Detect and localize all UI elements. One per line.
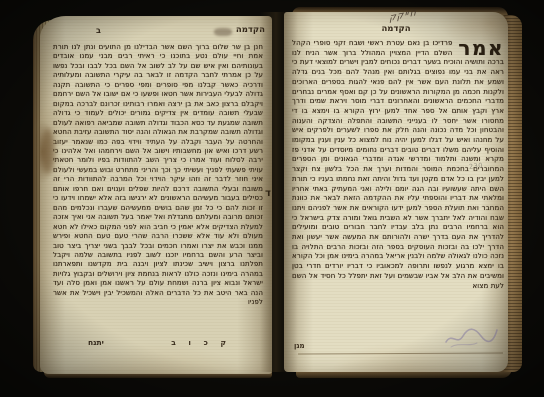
left-folio-letter: ב bbox=[96, 26, 101, 35]
left-page-text-block: חנן בן שר שלום ברוך השם אשר הבדילנו מן ה… bbox=[53, 43, 263, 336]
left-page-header: הקדמה ב bbox=[40, 25, 272, 39]
right-page: הקדמה אמרפרדיכו בן נאם עטרת ראשי ושבח זק… bbox=[284, 12, 508, 372]
left-page: הקדמה ב חנן בן שר שלום ברוך השם אשר הבדי… bbox=[40, 16, 272, 374]
right-running-title: הקדמה bbox=[284, 24, 508, 34]
pencil-shelfmark-number: 230 bbox=[469, 161, 484, 170]
photo-background: הקדמה ב חנן בן שר שלום ברוך השם אשר הבדי… bbox=[0, 0, 544, 397]
gutter-margin-letter: ד bbox=[265, 188, 271, 199]
ink-offset-smudge bbox=[214, 28, 232, 36]
left-page-foot-row: ק כ ו ב יתנח bbox=[88, 338, 226, 347]
left-running-title: הקדמה bbox=[236, 25, 265, 35]
left-catchword: יתנח bbox=[88, 338, 104, 347]
ruled-scratch-line bbox=[298, 352, 503, 354]
right-page-text-block: אמרפרדיכו בן נאם עטרת ראשי ושבח זקני סופ… bbox=[292, 39, 504, 350]
right-catchword: מגן bbox=[294, 342, 305, 350]
quire-signature-letters: ק כ ו ב bbox=[171, 338, 226, 347]
opening-word: אמר bbox=[452, 39, 504, 58]
purple-ink-scribble bbox=[443, 320, 499, 350]
